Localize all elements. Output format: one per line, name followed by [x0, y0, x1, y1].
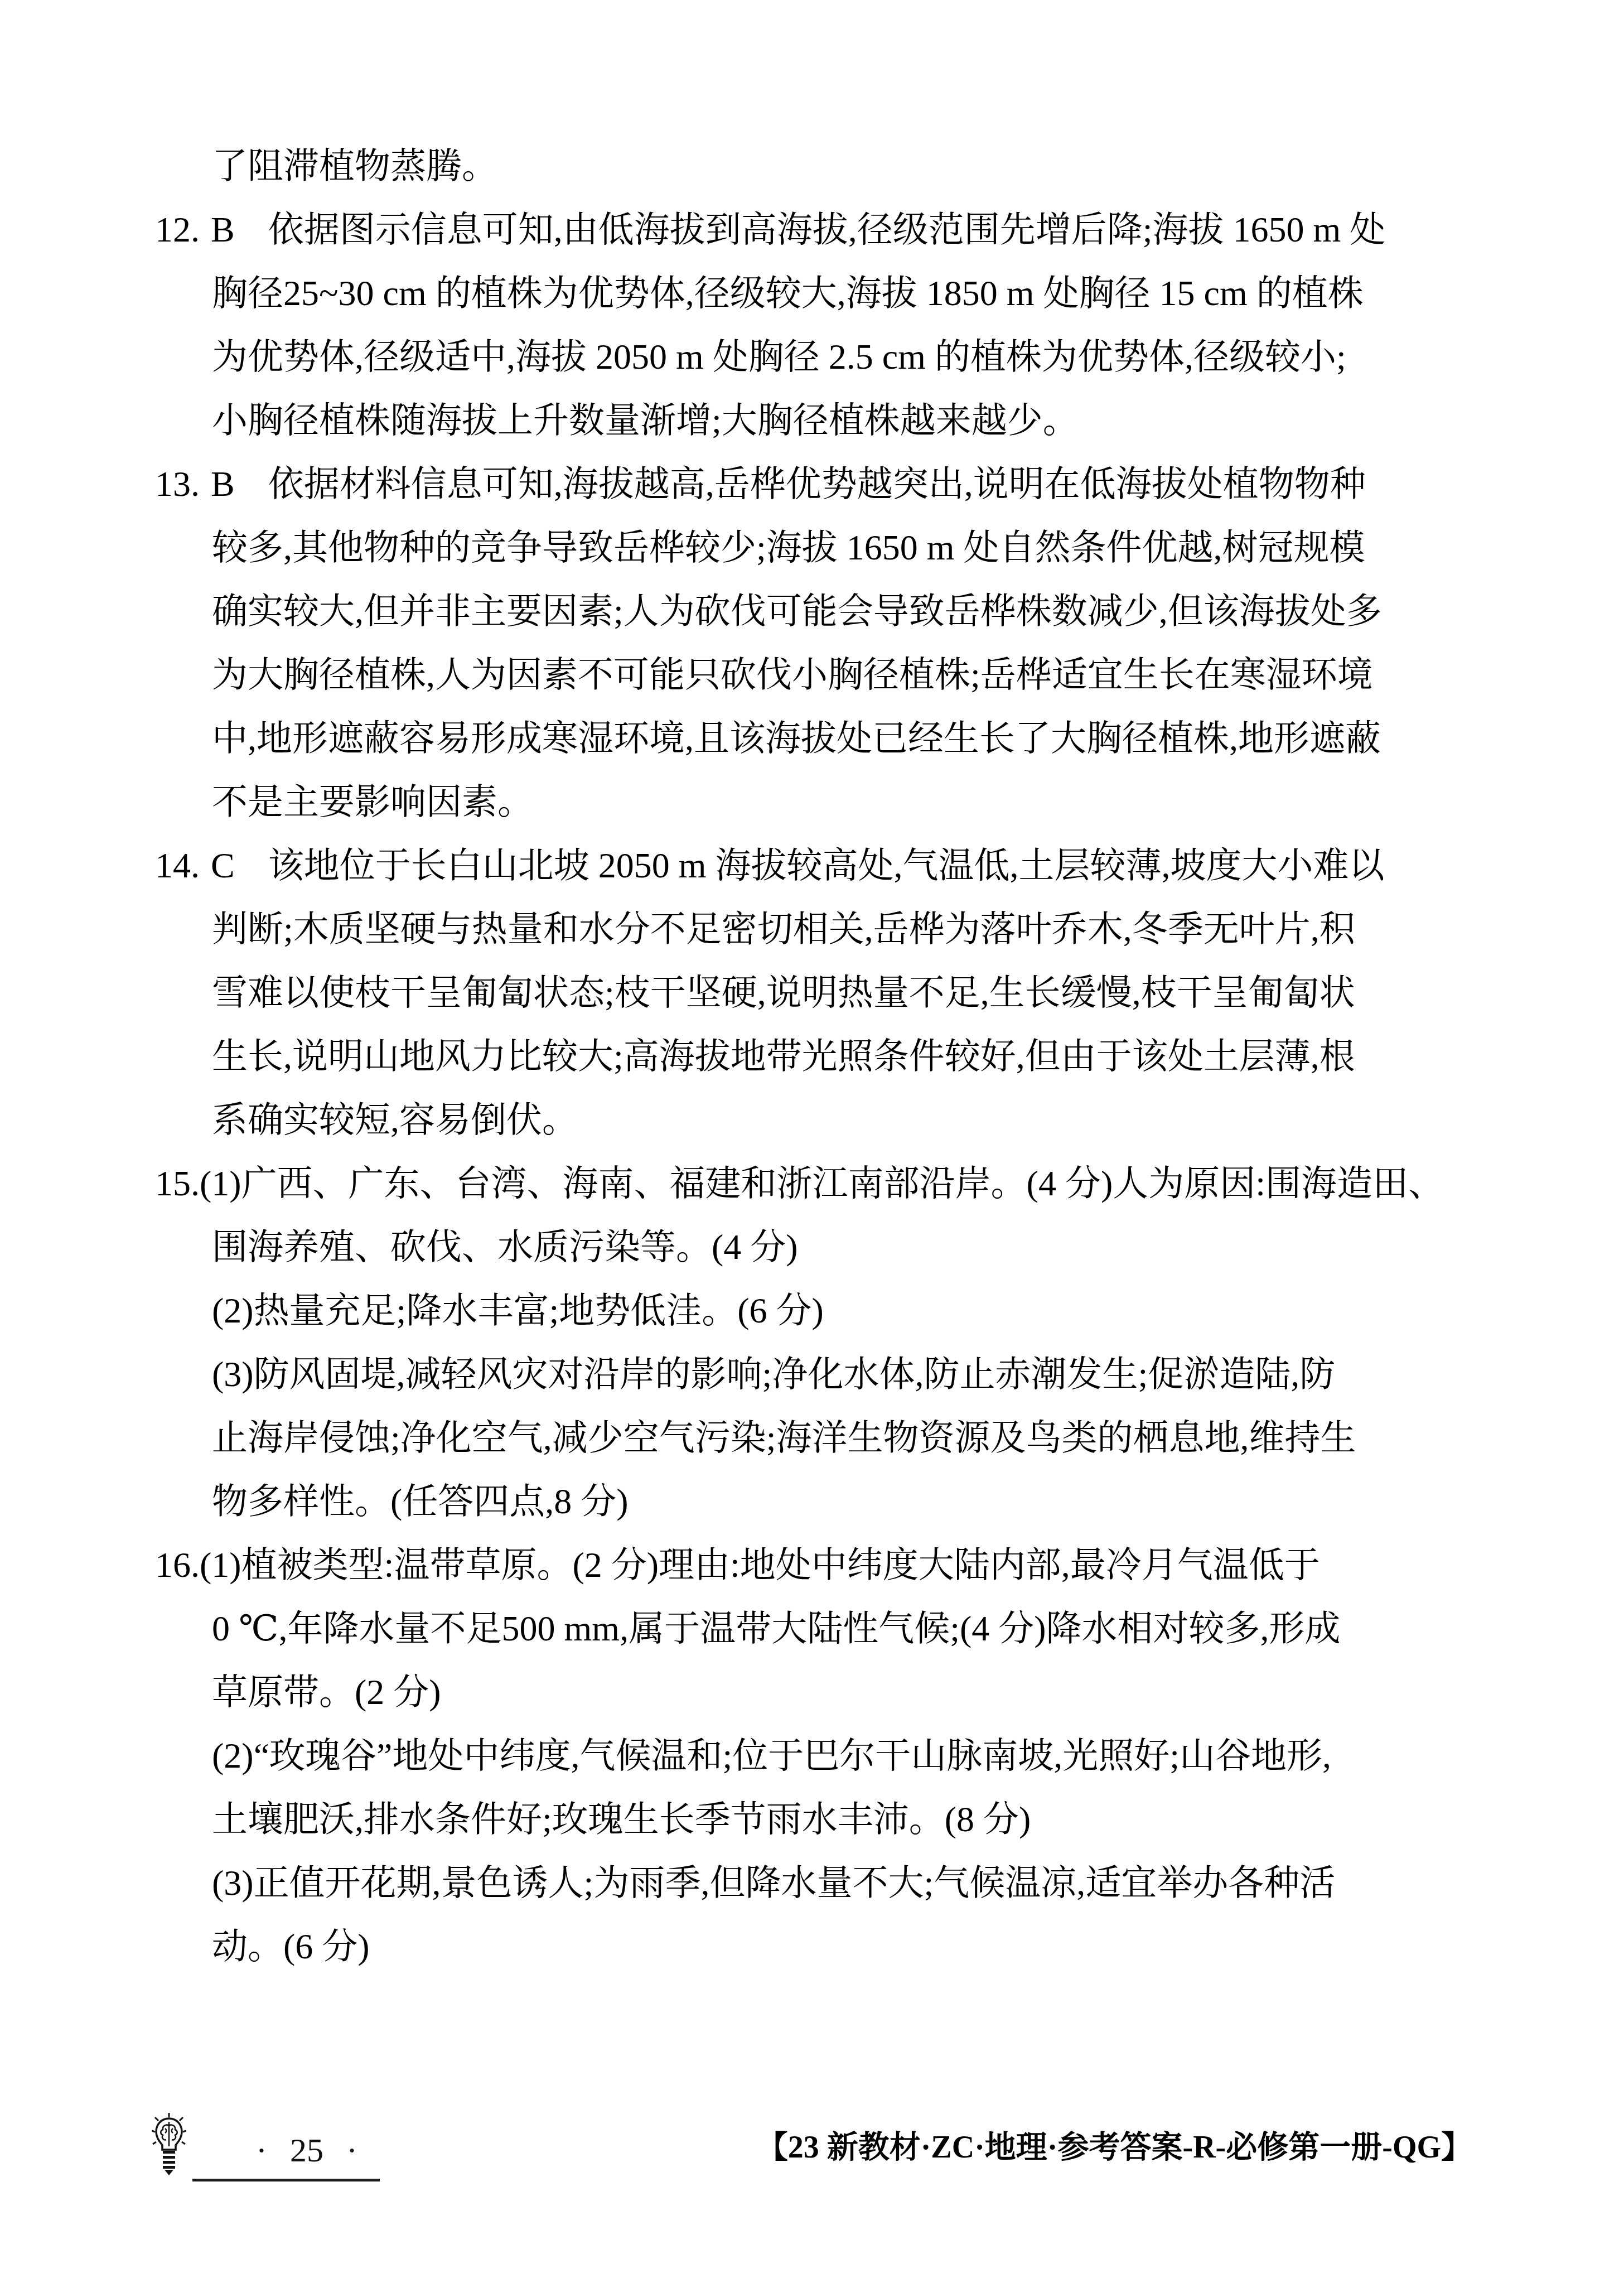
text-line: 为优势体,径级适中,海拔 2050 m 处胸径 2.5 cm 的植株为优势体,径… [0, 325, 1624, 389]
lightbulb-logo-icon [152, 2113, 186, 2181]
answer-text: 较多,其他物种的竞争导致岳桦较少;海拔 1650 m 处自然条件优越,树冠规模 [212, 528, 1365, 567]
answer-text: 依据图示信息可知,由低海拔到高海拔,径级范围先增后降;海拔 1650 m 处 [268, 210, 1386, 249]
answer-text: 止海岸侵蚀;净化空气,减少空气污染;海洋生物资源及鸟类的栖息地,维持生 [212, 1418, 1356, 1457]
text-line: 胸径25~30 cm 的植株为优势体,径级较大,海拔 1850 m 处胸径 15… [0, 262, 1624, 325]
item-number: 12. [155, 198, 200, 262]
answer-text: 0 ℃,年降水量不足500 mm,属于温带大陆性气候;(4 分)降水相对较多,形… [212, 1609, 1341, 1648]
answer-text: 小胸径植株随海拔上升数量渐增;大胸径植株越来越少。 [212, 400, 1079, 440]
footer-book-title: 【23 新教材·ZC·地理·参考答案-R-必修第一册-QG】 [613, 2121, 1472, 2174]
item-number: 16. [155, 1533, 200, 1597]
text-line: 动。(6 分) [0, 1915, 1624, 1978]
text-line: 物多样性。(任答四点,8 分) [0, 1470, 1624, 1533]
text-line: 中,地形遮蔽容易形成寒湿环境,且该海拔处已经生长了大胸径植株,地形遮蔽 [0, 707, 1624, 770]
text-line: 生长,说明山地风力比较大;高海拔地带光照条件较好,但由于该处土层薄,根 [0, 1025, 1624, 1088]
answer-text: (1)广西、广东、台湾、海南、福建和浙江南部沿岸。(4 分)人为原因:围海造田、 [200, 1164, 1444, 1203]
answer-letter: B [211, 210, 235, 249]
page-footer: · 25 · 【23 新教材·ZC·地理·参考答案-R-必修第一册-QG】 [0, 2097, 1624, 2209]
text-line: 确实较大,但并非主要因素;人为砍伐可能会导致岳桦株数减少,但该海拔处多 [0, 580, 1624, 643]
answer-text: 雪难以使枝干呈匍匐状态;枝干坚硬,说明热量不足,生长缓慢,枝干呈匍匐状 [212, 973, 1355, 1012]
answer-sheet-page: 了阻滞植物蒸腾。12.B依据图示信息可知,由低海拔到高海拔,径级范围先增后降;海… [0, 0, 1624, 2283]
answer-text: (3)防风固堤,减轻风灾对沿岸的影响;净化水体,防止赤潮发生;促淤造陆,防 [212, 1354, 1335, 1394]
text-line: 草原带。(2 分) [0, 1661, 1624, 1724]
text-line: 了阻滞植物蒸腾。 [0, 134, 1624, 198]
text-line: 16.(1)植被类型:温带草原。(2 分)理由:地处中纬度大陆内部,最冷月气温低… [0, 1533, 1624, 1597]
answer-text: 系确实较短,容易倒伏。 [212, 1100, 578, 1140]
text-line: (3)防风固堤,减轻风灾对沿岸的影响;净化水体,防止赤潮发生;促淤造陆,防 [0, 1343, 1624, 1406]
page-number-underline [192, 2179, 380, 2181]
text-line: 13.B依据材料信息可知,海拔越高,岳桦优势越突出,说明在低海拔处植物物种 [0, 452, 1624, 516]
text-line: (2)热量充足;降水丰富;地势低洼。(6 分) [0, 1279, 1624, 1343]
document-lines: 了阻滞植物蒸腾。12.B依据图示信息可知,由低海拔到高海拔,径级范围先增后降;海… [0, 134, 1624, 1978]
text-line: 判断;木质坚硬与热量和水分不足密切相关,岳桦为落叶乔木,冬季无叶片,积 [0, 897, 1624, 961]
answer-text: (2)“玫瑰谷”地处中纬度,气候温和;位于巴尔干山脉南坡,光照好;山谷地形, [212, 1736, 1331, 1775]
text-line: (2)“玫瑰谷”地处中纬度,气候温和;位于巴尔干山脉南坡,光照好;山谷地形, [0, 1724, 1624, 1788]
answer-text: (2)热量充足;降水丰富;地势低洼。(6 分) [212, 1291, 824, 1330]
answer-letter: C [211, 846, 235, 885]
text-line: 14.C该地位于长白山北坡 2050 m 海拔较高处,气温低,土层较薄,坡度大小… [0, 834, 1624, 897]
text-line: 土壤肥沃,排水条件好;玫瑰生长季节雨水丰沛。(8 分) [0, 1788, 1624, 1851]
answer-text: 土壤肥沃,排水条件好;玫瑰生长季节雨水丰沛。(8 分) [212, 1799, 1031, 1839]
text-line: 不是主要影响因素。 [0, 770, 1624, 834]
answer-text: 该地位于长白山北坡 2050 m 海拔较高处,气温低,土层较薄,坡度大小难以 [268, 846, 1385, 885]
answer-text: 生长,说明山地风力比较大;高海拔地带光照条件较好,但由于该处土层薄,根 [212, 1036, 1355, 1076]
answer-text: 草原带。(2 分) [212, 1672, 441, 1712]
page-number: · 25 · [223, 2125, 390, 2175]
text-line: 12.B依据图示信息可知,由低海拔到高海拔,径级范围先增后降;海拔 1650 m… [0, 198, 1624, 262]
text-line: 雪难以使枝干呈匍匐状态;枝干坚硬,说明热量不足,生长缓慢,枝干呈匍匐状 [0, 961, 1624, 1025]
text-line: (3)正值开花期,景色诱人;为雨季,但降水量不大;气候温凉,适宜举办各种活 [0, 1851, 1624, 1915]
item-number: 14. [155, 834, 200, 897]
text-line: 围海养殖、砍伐、水质污染等。(4 分) [0, 1215, 1624, 1279]
text-line: 为大胸径植株,人为因素不可能只砍伐小胸径植株;岳桦适宜生长在寒湿环境 [0, 643, 1624, 707]
answer-text: (1)植被类型:温带草原。(2 分)理由:地处中纬度大陆内部,最冷月气温低于 [200, 1545, 1320, 1585]
text-line: 止海岸侵蚀;净化空气,减少空气污染;海洋生物资源及鸟类的栖息地,维持生 [0, 1406, 1624, 1470]
text-line: 系确实较短,容易倒伏。 [0, 1088, 1624, 1152]
answer-text: 中,地形遮蔽容易形成寒湿环境,且该海拔处已经生长了大胸径植株,地形遮蔽 [212, 718, 1381, 758]
answer-text: 判断;木质坚硬与热量和水分不足密切相关,岳桦为落叶乔木,冬季无叶片,积 [212, 909, 1355, 949]
answer-text: 为优势体,径级适中,海拔 2050 m 处胸径 2.5 cm 的植株为优势体,径… [212, 337, 1346, 377]
item-number: 13. [155, 452, 200, 516]
answer-text: 胸径25~30 cm 的植株为优势体,径级较大,海拔 1850 m 处胸径 15… [212, 273, 1364, 313]
answer-text: 动。(6 分) [212, 1927, 370, 1966]
answer-letter: B [211, 464, 235, 504]
answer-text: 为大胸径植株,人为因素不可能只砍伐小胸径植株;岳桦适宜生长在寒湿环境 [212, 655, 1373, 694]
answer-text: 围海养殖、砍伐、水质污染等。(4 分) [212, 1227, 798, 1267]
text-line: 15.(1)广西、广东、台湾、海南、福建和浙江南部沿岸。(4 分)人为原因:围海… [0, 1152, 1624, 1215]
answer-text: (3)正值开花期,景色诱人;为雨季,但降水量不大;气候温凉,适宜举办各种活 [212, 1863, 1335, 1903]
answer-text: 了阻滞植物蒸腾。 [212, 146, 497, 186]
text-line: 0 ℃,年降水量不足500 mm,属于温带大陆性气候;(4 分)降水相对较多,形… [0, 1597, 1624, 1661]
item-number: 15. [155, 1152, 200, 1215]
text-line: 小胸径植株随海拔上升数量渐增;大胸径植株越来越少。 [0, 389, 1624, 452]
answer-text: 物多样性。(任答四点,8 分) [212, 1481, 629, 1521]
answer-text: 依据材料信息可知,海拔越高,岳桦优势越突出,说明在低海拔处植物物种 [268, 464, 1366, 504]
answer-text: 不是主要影响因素。 [212, 782, 533, 822]
answer-text: 确实较大,但并非主要因素;人为砍伐可能会导致岳桦株数减少,但该海拔处多 [212, 591, 1382, 631]
text-line: 较多,其他物种的竞争导致岳桦较少;海拔 1650 m 处自然条件优越,树冠规模 [0, 516, 1624, 580]
